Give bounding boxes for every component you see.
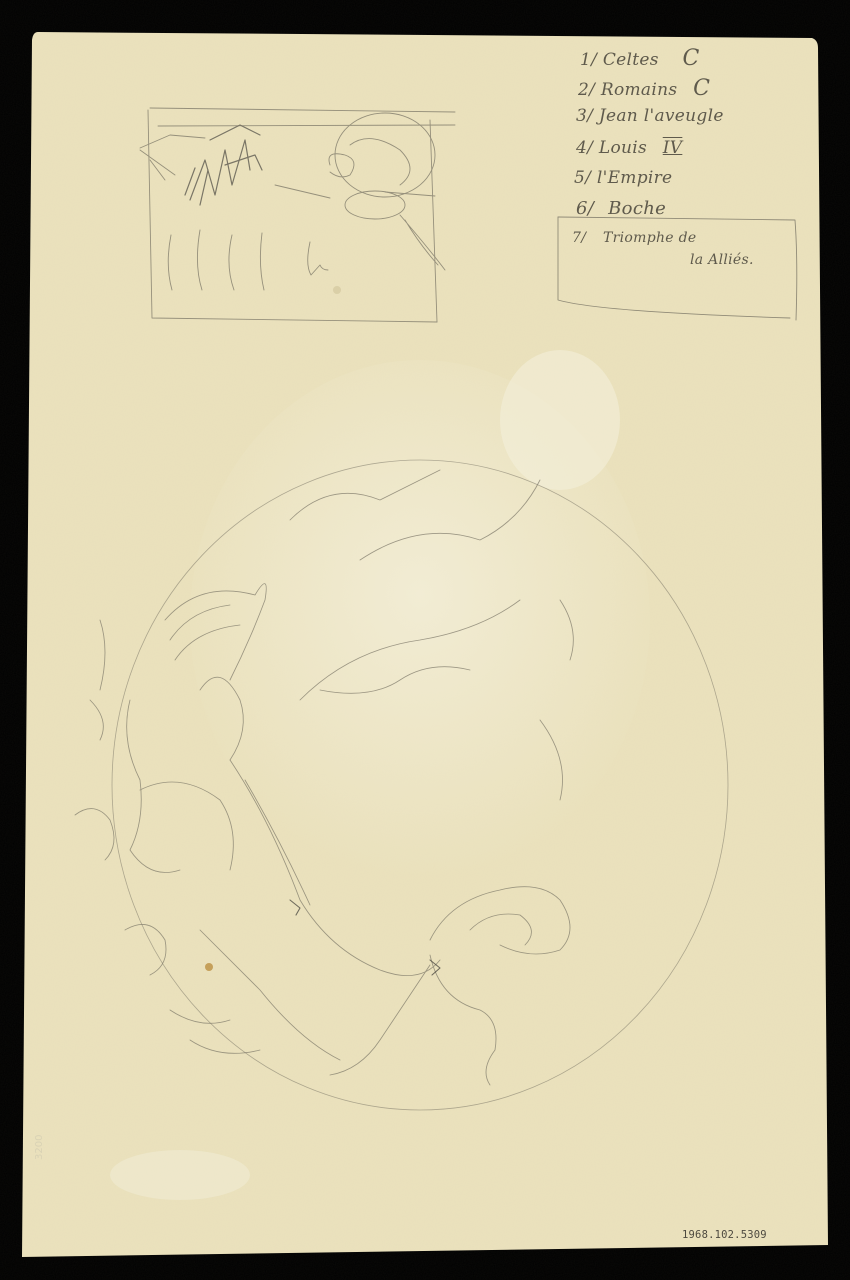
note-item-1: 1/ Celtes C <box>580 46 700 71</box>
note-text: Celtes <box>603 50 659 70</box>
accession-number: 1968.102.5309 <box>682 1229 767 1241</box>
note-number: 3/ <box>576 106 593 126</box>
note-mark: C <box>683 46 700 71</box>
note-number: 1/ <box>580 50 597 70</box>
note-number: 2/ <box>578 80 595 100</box>
note-number: 6/ <box>576 198 594 219</box>
note-text: la Alliés. <box>690 252 754 268</box>
note-item-5: 5/ l'Empire <box>574 168 672 188</box>
note-number: 4/ <box>576 138 593 158</box>
note-item-8: la Alliés. <box>690 252 754 268</box>
note-number: 7/ <box>572 230 586 246</box>
note-item-3: 3/ Jean l'aveugle <box>576 106 724 126</box>
note-text: l'Empire <box>597 168 673 188</box>
side-mark: 3200 <box>34 1135 45 1160</box>
note-text: Triomphe de <box>603 230 696 246</box>
note-text: Romains <box>601 80 678 100</box>
note-item-2: 2/ Romains C <box>578 76 710 101</box>
note-item-4: 4/ Louis IV <box>576 138 682 158</box>
note-mark: IV <box>663 138 683 158</box>
note-text: Boche <box>608 198 666 219</box>
stain <box>205 963 213 971</box>
sheet-artwork <box>0 0 850 1280</box>
note-number: 5/ <box>574 168 591 188</box>
note-mark: C <box>693 76 710 101</box>
note-item-7: 7/ Triomphe de <box>572 230 696 246</box>
note-item-6: 6/ Boche <box>576 198 666 219</box>
drawing-sheet: 1/ Celtes C 2/ Romains C 3/ Jean l'aveug… <box>0 0 850 1280</box>
note-text: Jean l'aveugle <box>599 106 724 126</box>
note-text: Louis <box>599 138 647 158</box>
